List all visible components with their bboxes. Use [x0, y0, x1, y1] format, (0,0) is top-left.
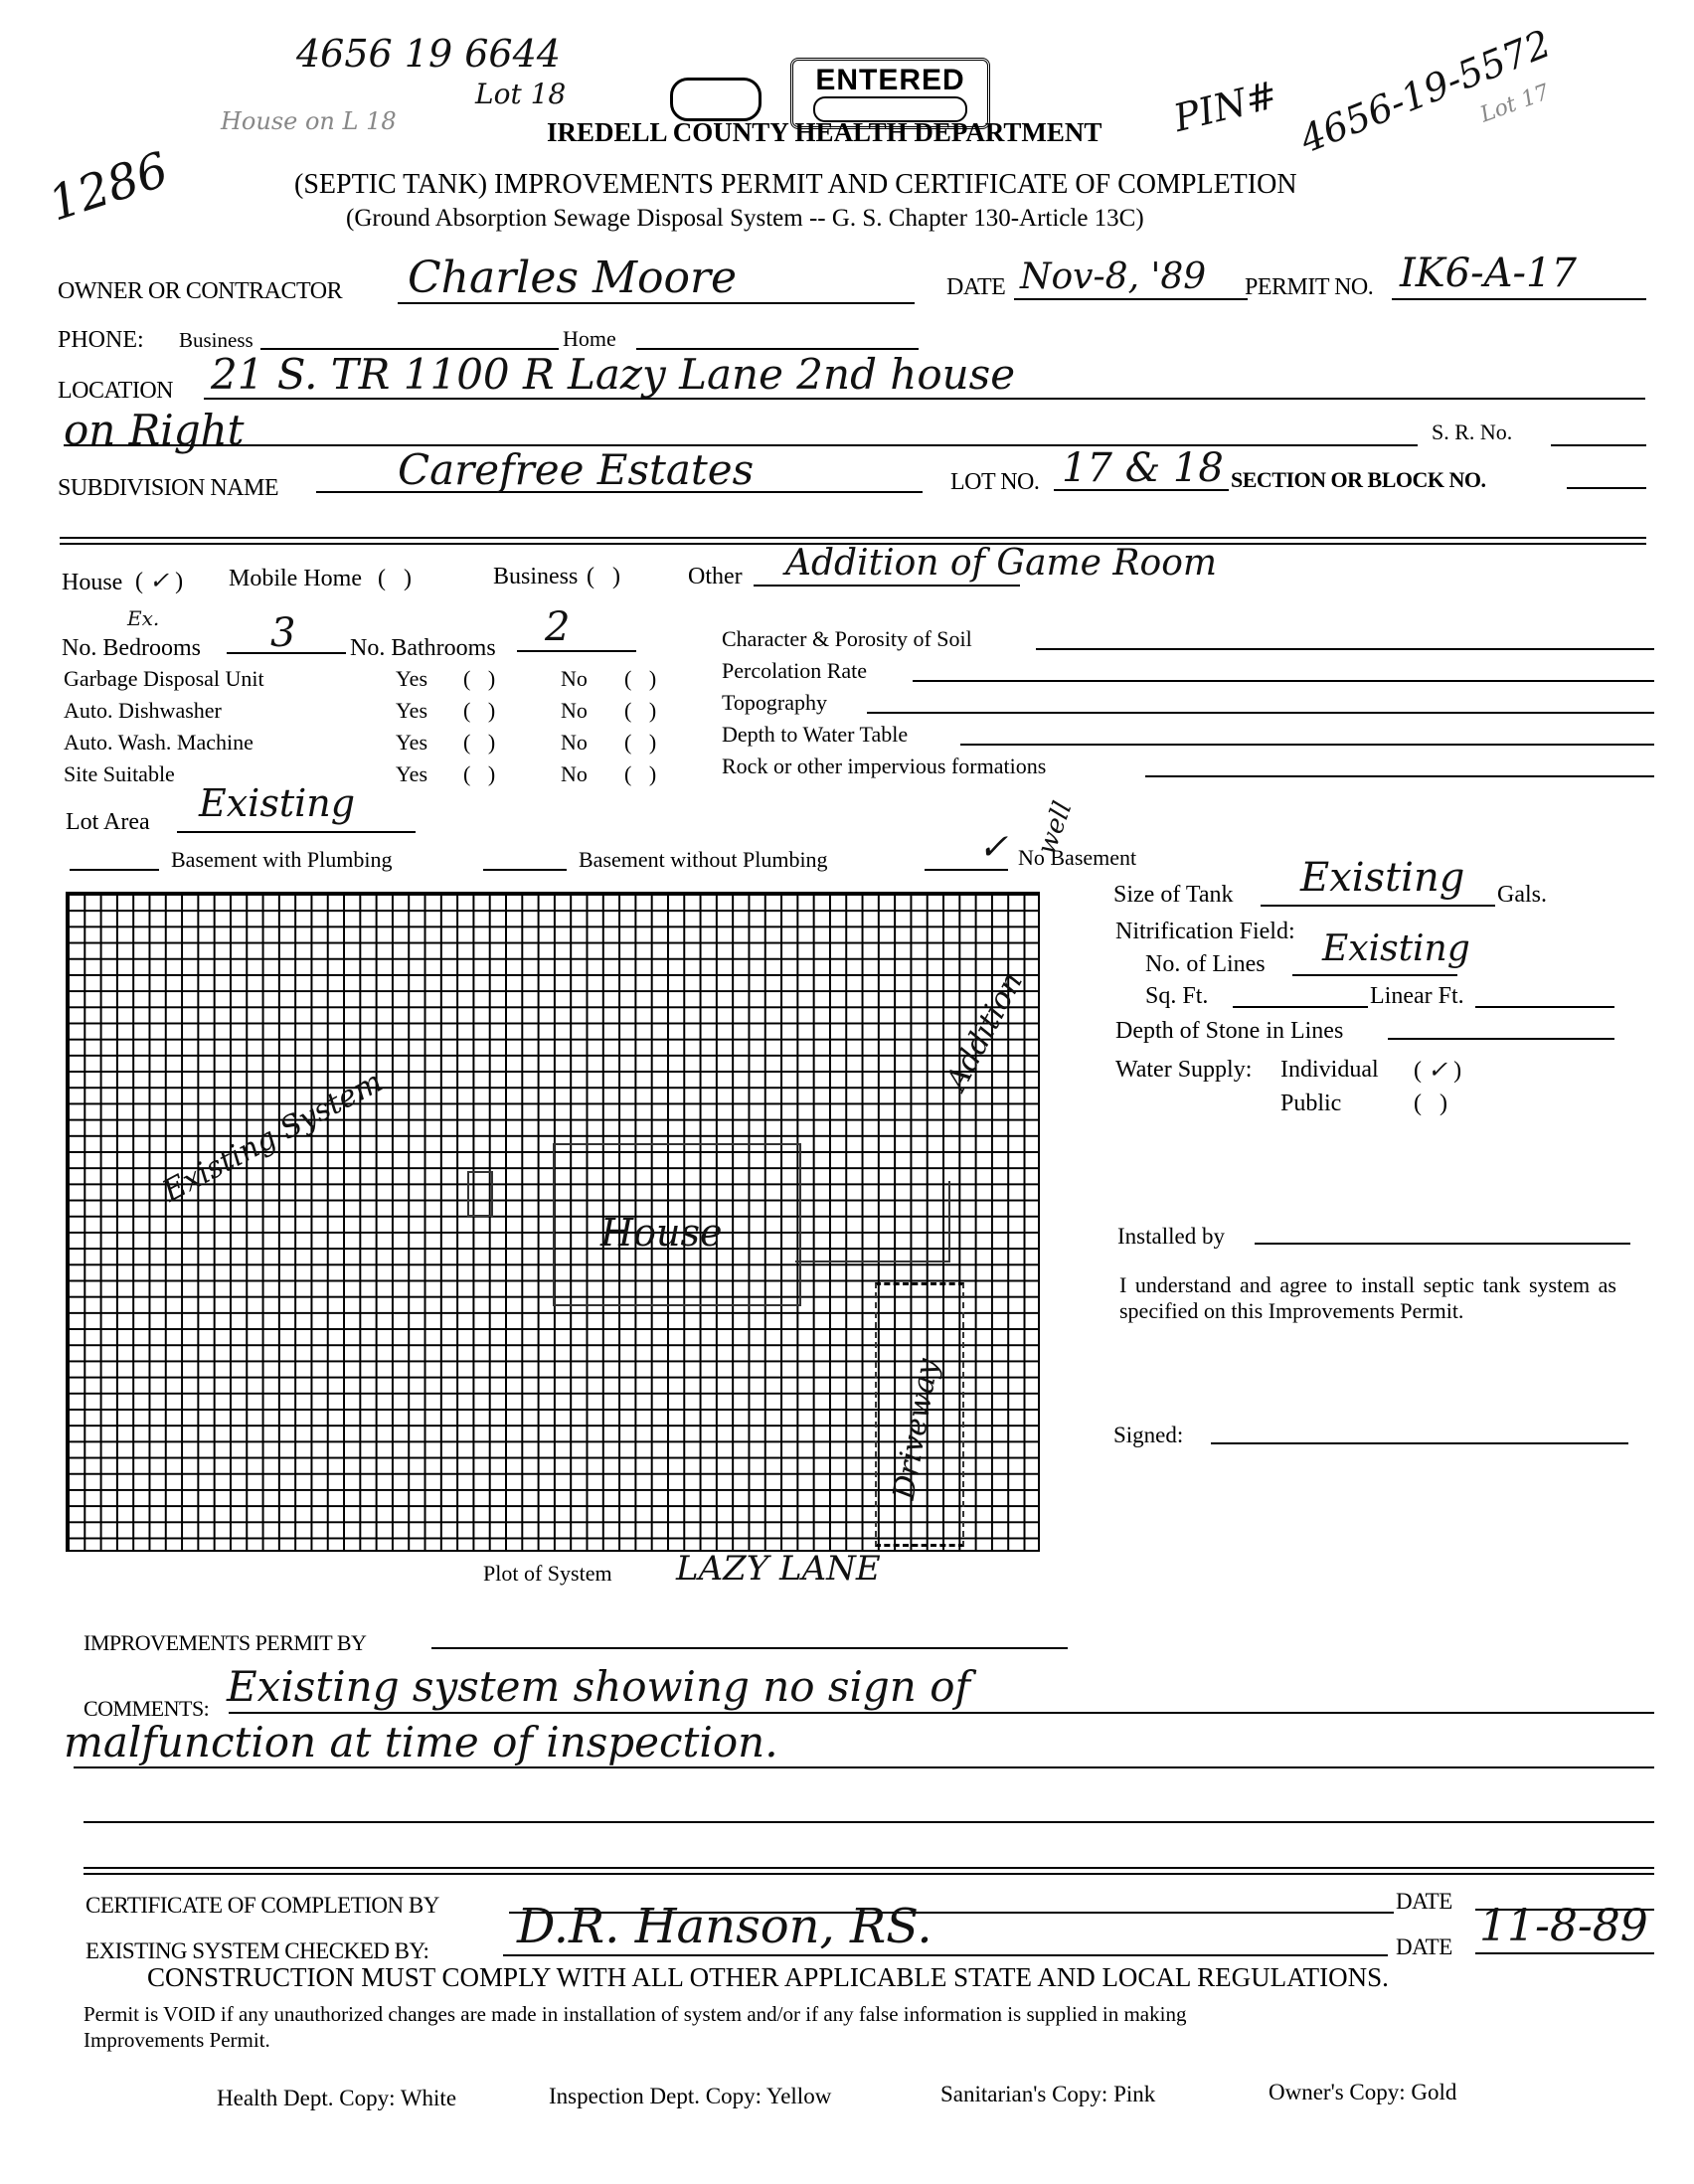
- certificate-completion-label: CERTIFICATE OF COMPLETION BY: [85, 1893, 439, 1919]
- handwritten-parcel-number: 4656 19 6644: [296, 32, 561, 76]
- addition-outline: [795, 1181, 950, 1262]
- no-label: No: [561, 668, 588, 690]
- compliance-notice: CONSTRUCTION MUST COMPLY WITH ALL OTHER …: [147, 1962, 1389, 1993]
- improvements-permit-by-field[interactable]: [431, 1647, 1068, 1649]
- copy-inspection-dept: Inspection Dept. Copy: Yellow: [549, 2084, 831, 2109]
- installed-by-field[interactable]: [1255, 1243, 1630, 1245]
- house-sketch-label: House: [600, 1211, 722, 1255]
- owner-label: OWNER OR CONTRACTOR: [58, 278, 342, 305]
- checked-date-label: DATE: [1396, 1934, 1452, 1960]
- bedrooms-label: No. Bedrooms: [62, 636, 201, 660]
- tank-size-field[interactable]: Existing: [1300, 855, 1464, 901]
- other-field-line: [754, 585, 1020, 587]
- phone-label: PHONE:: [58, 328, 144, 352]
- copy-sanitarian: Sanitarian's Copy: Pink: [940, 2082, 1155, 2107]
- no-checkbox[interactable]: ( ): [624, 700, 662, 722]
- basement-with-field[interactable]: [70, 869, 159, 871]
- no-checkbox[interactable]: ( ): [624, 763, 662, 785]
- no-checkbox[interactable]: ( ): [624, 732, 662, 754]
- no-label: No: [561, 732, 588, 754]
- handwritten-file-number: 1286: [42, 141, 174, 232]
- permit-no-label: PERMIT NO.: [1245, 274, 1373, 301]
- soil-label: Topography: [722, 692, 827, 714]
- basement-without-label: Basement without Plumbing: [579, 849, 828, 871]
- linear-ft-label: Linear Ft.: [1370, 984, 1464, 1008]
- bathrooms-line: [517, 650, 636, 652]
- soil-label: Character & Porosity of Soil: [722, 628, 972, 650]
- water-supply-label: Water Supply:: [1115, 1058, 1252, 1082]
- no-basement-label: No Basement: [1018, 847, 1136, 869]
- form-title: (SEPTIC TANK) IMPROVEMENTS PERMIT AND CE…: [294, 169, 1297, 201]
- comments-field-line1[interactable]: Existing system showing no sign of: [227, 1662, 970, 1711]
- signed-field[interactable]: [1211, 1442, 1628, 1444]
- plot-of-system-label: Plot of System: [483, 1563, 612, 1585]
- tank-size-line: [1261, 905, 1495, 907]
- void-notice-line2: Improvements Permit.: [84, 2028, 270, 2053]
- permit-no-line: [1392, 298, 1646, 300]
- comments-line-2: [74, 1766, 1654, 1768]
- date-field[interactable]: Nov-8, '89: [1020, 256, 1206, 297]
- yes-label: Yes: [396, 732, 427, 754]
- lot-area-line: [177, 831, 416, 833]
- no-basement-field[interactable]: [925, 869, 1008, 871]
- yes-label: Yes: [396, 668, 427, 690]
- signed-label: Signed:: [1113, 1424, 1183, 1446]
- location-field-line2[interactable]: on Right: [64, 406, 245, 454]
- checked-date-line: [1475, 1952, 1654, 1954]
- faint-handwritten-note: House on L 18: [221, 107, 397, 135]
- sqft-label: Sq. Ft.: [1145, 984, 1208, 1008]
- lot-no-label: LOT NO.: [950, 469, 1039, 496]
- septic-tank-outline: [467, 1171, 493, 1217]
- individual-label: Individual: [1280, 1058, 1379, 1082]
- soil-field[interactable]: [960, 744, 1654, 746]
- installer-agreement: I understand and agree to install septic…: [1119, 1272, 1616, 1324]
- date-field-line: [1014, 298, 1248, 300]
- no-label: No: [561, 763, 588, 785]
- lot-no-field[interactable]: 17 & 18: [1062, 445, 1224, 491]
- form-subtitle: (Ground Absorption Sewage Disposal Syste…: [346, 205, 1144, 233]
- yes-no-label: Site Suitable: [64, 763, 175, 785]
- sqft-field[interactable]: [1233, 1006, 1368, 1008]
- stone-depth-label: Depth of Stone in Lines: [1115, 1019, 1343, 1043]
- stone-depth-field[interactable]: [1388, 1038, 1614, 1040]
- yes-no-label: Garbage Disposal Unit: [64, 668, 264, 690]
- road-name: LAZY LANE: [676, 1549, 881, 1589]
- business-checkbox[interactable]: ( ): [587, 565, 626, 588]
- house-check-mark: ✓: [149, 567, 175, 594]
- no-label: No: [561, 700, 588, 722]
- lines-label: No. of Lines: [1145, 952, 1266, 976]
- individual-check-mark: ✓: [1428, 1056, 1453, 1084]
- comments-field-line2[interactable]: malfunction at time of inspection.: [64, 1718, 778, 1766]
- section-block-field[interactable]: [1567, 487, 1646, 489]
- lines-line: [1292, 974, 1457, 976]
- no-checkbox[interactable]: ( ): [624, 668, 662, 690]
- soil-label: Percolation Rate: [722, 660, 867, 682]
- linear-ft-field[interactable]: [1475, 1006, 1614, 1008]
- yes-label: Yes: [396, 763, 427, 785]
- mobile-home-label: Mobile Home: [229, 567, 362, 590]
- phone-business-label: Business: [179, 330, 254, 351]
- soil-label: Rock or other impervious formations: [722, 756, 1046, 777]
- completion-divider: [84, 1867, 1654, 1875]
- individual-checkbox[interactable]: (✓): [1414, 1058, 1467, 1083]
- sr-no-field[interactable]: [1551, 444, 1646, 446]
- bathrooms-label: No. Bathrooms: [350, 636, 496, 660]
- public-checkbox[interactable]: ( ): [1414, 1092, 1453, 1115]
- yes-checkbox[interactable]: ( ): [463, 732, 501, 754]
- certificate-date-label: DATE: [1396, 1889, 1452, 1915]
- other-label: Other: [688, 565, 743, 588]
- basement-with-label: Basement with Plumbing: [171, 849, 392, 871]
- sr-no-label: S. R. No.: [1432, 421, 1512, 443]
- mobile-home-checkbox[interactable]: ( ): [378, 567, 418, 590]
- yes-no-label: Auto. Wash. Machine: [64, 732, 254, 754]
- improvements-permit-by-label: IMPROVEMENTS PERMIT BY: [84, 1630, 366, 1656]
- basement-without-field[interactable]: [483, 869, 567, 871]
- soil-label: Depth to Water Table: [722, 724, 908, 746]
- yes-no-label: Auto. Dishwasher: [64, 700, 222, 722]
- void-notice-line1: Permit is VOID if any unauthorized chang…: [84, 2002, 1186, 2027]
- comments-line-1: [229, 1712, 1654, 1714]
- date-label: DATE: [946, 274, 1005, 301]
- department-name: IREDELL COUNTY HEALTH DEPARTMENT: [547, 117, 1101, 148]
- checked-date-field[interactable]: 11-8-89: [1479, 1901, 1648, 1951]
- other-field[interactable]: Addition of Game Room: [785, 543, 1217, 584]
- yes-label: Yes: [396, 700, 427, 722]
- tank-size-label: Size of Tank: [1113, 883, 1234, 907]
- existing-checked-label: EXISTING SYSTEM CHECKED BY:: [85, 1938, 428, 1964]
- yes-checkbox[interactable]: ( ): [463, 763, 501, 785]
- comments-line-3[interactable]: [84, 1821, 1654, 1823]
- owner-field[interactable]: Charles Moore: [408, 252, 737, 303]
- location-label: LOCATION: [58, 378, 173, 405]
- lot-area-field[interactable]: Existing: [199, 781, 355, 825]
- business-label: Business: [493, 565, 578, 588]
- subdivision-field[interactable]: Carefree Estates: [398, 445, 754, 494]
- lot-area-label: Lot Area: [66, 810, 150, 834]
- soil-field[interactable]: [1036, 648, 1654, 650]
- yes-checkbox[interactable]: ( ): [463, 668, 501, 690]
- nitrification-label: Nitrification Field:: [1115, 920, 1295, 943]
- existing-note: Ex.: [127, 606, 159, 630]
- no-basement-check: ✓: [978, 827, 1008, 868]
- bathrooms-field[interactable]: 2: [545, 604, 570, 650]
- soil-field[interactable]: [913, 680, 1654, 682]
- permit-no-field[interactable]: IK6-A-17: [1400, 251, 1577, 296]
- house-checkbox[interactable]: (✓): [135, 569, 189, 593]
- house-label: House: [62, 571, 122, 594]
- lines-field[interactable]: Existing: [1322, 928, 1470, 969]
- section-block-label: SECTION OR BLOCK NO.: [1231, 467, 1486, 493]
- phone-home-label: Home: [563, 328, 616, 350]
- stamp-text: ENTERED: [815, 64, 964, 96]
- copy-owner: Owner's Copy: Gold: [1269, 2080, 1456, 2105]
- soil-field[interactable]: [1145, 775, 1654, 777]
- county-seal-icon: [670, 78, 762, 121]
- handwritten-lot-note: Lot 18: [475, 78, 566, 110]
- installed-by-label: Installed by: [1117, 1225, 1225, 1248]
- soil-field[interactable]: [867, 712, 1654, 714]
- handwritten-pin-label: PIN#: [1169, 73, 1281, 140]
- bedrooms-field[interactable]: 3: [270, 610, 295, 656]
- yes-checkbox[interactable]: ( ): [463, 700, 501, 722]
- copy-health-dept: Health Dept. Copy: White: [217, 2086, 456, 2111]
- existing-checked-line: [503, 1954, 1388, 1956]
- existing-checked-signature[interactable]: D.R. Hanson, RS.: [517, 1899, 932, 1954]
- location-field-line1[interactable]: 21 S. TR 1100 R Lazy Lane 2nd house: [211, 350, 1015, 399]
- subdivision-label: SUBDIVISION NAME: [58, 475, 278, 502]
- tank-unit: Gals.: [1497, 883, 1547, 907]
- public-label: Public: [1280, 1092, 1341, 1115]
